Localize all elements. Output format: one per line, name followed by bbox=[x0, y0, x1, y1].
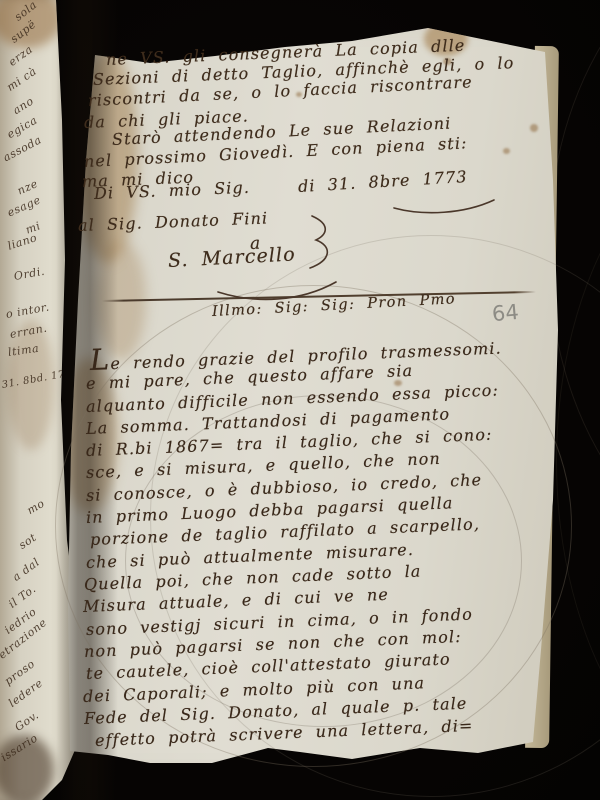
ink-flourish bbox=[390, 196, 500, 218]
ink-flourish bbox=[302, 214, 336, 270]
date-line: di 31. 8bre 1773 bbox=[297, 167, 468, 196]
handwriting-layer: ne VS. gli consegnerà La copia dlle Sezi… bbox=[0, 0, 600, 800]
place-signoff: S. Marcello bbox=[167, 243, 296, 272]
page-number: 64 bbox=[491, 300, 520, 326]
ink-flourish bbox=[212, 276, 342, 302]
manuscript-photo: sola supë erza mi cà ano egica assoda nz… bbox=[0, 0, 600, 800]
addressee-line: al Sig. Donato Fini bbox=[78, 208, 269, 235]
